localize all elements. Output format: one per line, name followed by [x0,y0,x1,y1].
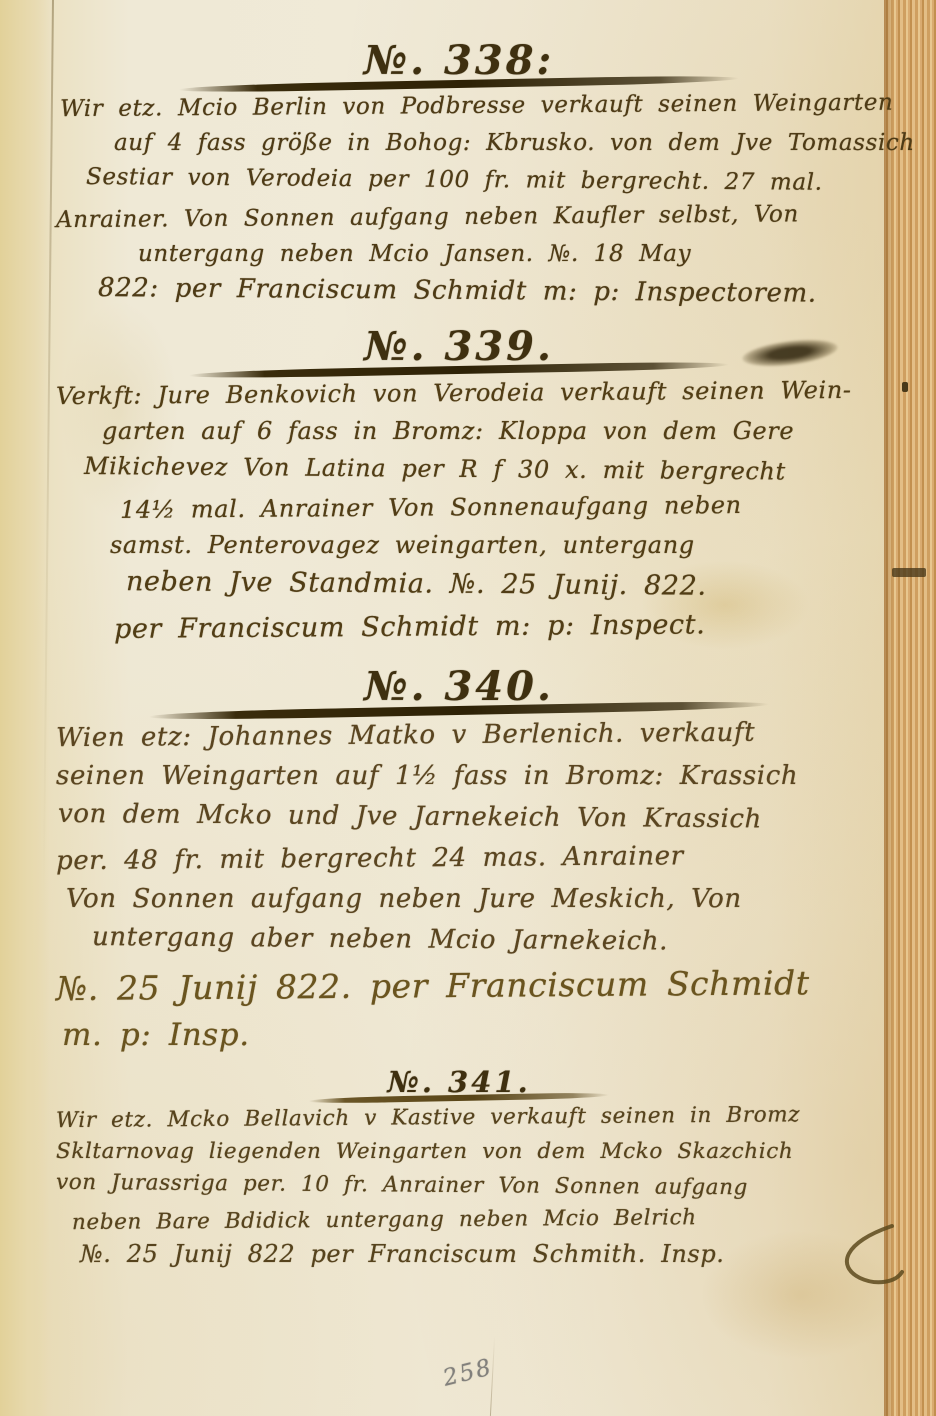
manuscript-line: Skltarnovag liegenden Weingarten von dem… [56,1135,862,1169]
book-fore-edge [884,0,936,1416]
record-entry: №. 338:Wir etz. Mcio Berlin von Podbress… [56,38,862,310]
entry-number-heading: №. 338: [364,38,555,84]
ink-flourish [822,1222,908,1296]
manuscript-line: untergang aber neben Mcio Jarnekeich. [92,917,862,964]
entry-heading-wrap: №. 341. [56,1065,862,1101]
entry-number-heading: №. 339. [364,324,554,370]
manuscript-line: per. 48 fr. mit bergrecht 24 mas. Anrain… [56,835,862,882]
record-entry: №. 340.Wien etz: Johannes Matko v Berlen… [56,664,862,1059]
entry-heading-wrap: №. 340. [56,664,862,715]
manuscript-line: №. 25 Junij 822 per Franciscum Schmith. … [80,1237,862,1271]
manuscript-page: №. 338:Wir etz. Mcio Berlin von Podbress… [0,0,936,1416]
pencil-page-number: 258 [441,1354,496,1391]
manuscript-line: neben Jve Standmia. №. 25 Junij. 822. [126,561,862,609]
manuscript-line: Verkft: Jure Benkovich von Verodeia verk… [56,371,862,415]
manuscript-line: Wir etz. Mcio Berlin von Podbresse verka… [60,85,862,128]
manuscript-line: Mikichevez Von Latina per R f 30 x. mit … [84,447,862,491]
manuscript-entries: №. 338:Wir etz. Mcio Berlin von Podbress… [56,34,862,1271]
page-gutter-edge [0,0,50,1416]
manuscript-line: von dem Mcko und Jve Jarnekeich Von Kras… [58,794,862,841]
manuscript-line: Von Sonnen aufgang neben Jure Meskich, V… [66,879,862,920]
entry-heading-wrap: №. 338: [56,38,862,88]
entry-number-heading: №. 340. [364,664,554,710]
manuscript-line: Wien etz: Johannes Matko v Berlenich. ve… [56,712,862,759]
manuscript-line: samst. Penterovagez weingarten, untergan… [110,526,862,564]
manuscript-line: garten auf 6 fass in Bromz: Kloppa von d… [102,412,862,450]
manuscript-line: Sestiar von Verodeia per 100 fr. mit ber… [86,159,862,202]
fore-edge-speck [892,568,926,577]
manuscript-line: m. p: Insp. [62,1011,862,1059]
entry-heading-wrap: №. 339. [56,324,862,374]
fore-edge-speck [902,382,908,392]
manuscript-line: untergang neben Mcio Jansen. №. 18 May [138,236,862,273]
manuscript-line: Wir etz. Mcko Bellavich v Kastive verkau… [56,1098,862,1138]
manuscript-line: per Franciscum Schmidt m: p: Inspect. [114,603,862,651]
manuscript-line: seinen Weingarten auf 1½ fass in Bromz: … [56,756,862,797]
manuscript-line: 14½ mal. Anrainer Von Sonnenaufgang nebe… [120,485,862,529]
record-entry: №. 341.Wir etz. Mcko Bellavich v Kastive… [56,1065,862,1271]
manuscript-line: neben Bare Bdidick untergang neben Mcio … [72,1200,862,1240]
manuscript-line: Anrainer. Von Sonnen aufgang neben Kaufl… [56,196,862,239]
manuscript-line: auf 4 fass größe in Bohog: Kbrusko. von … [114,125,862,162]
manuscript-line: №. 25 Junij 822. per Franciscum Schmidt [56,958,862,1014]
record-entry: №. 339.Verkft: Jure Benkovich von Verode… [56,324,862,648]
manuscript-line: 822: per Franciscum Schmidt m: p: Inspec… [98,270,862,313]
